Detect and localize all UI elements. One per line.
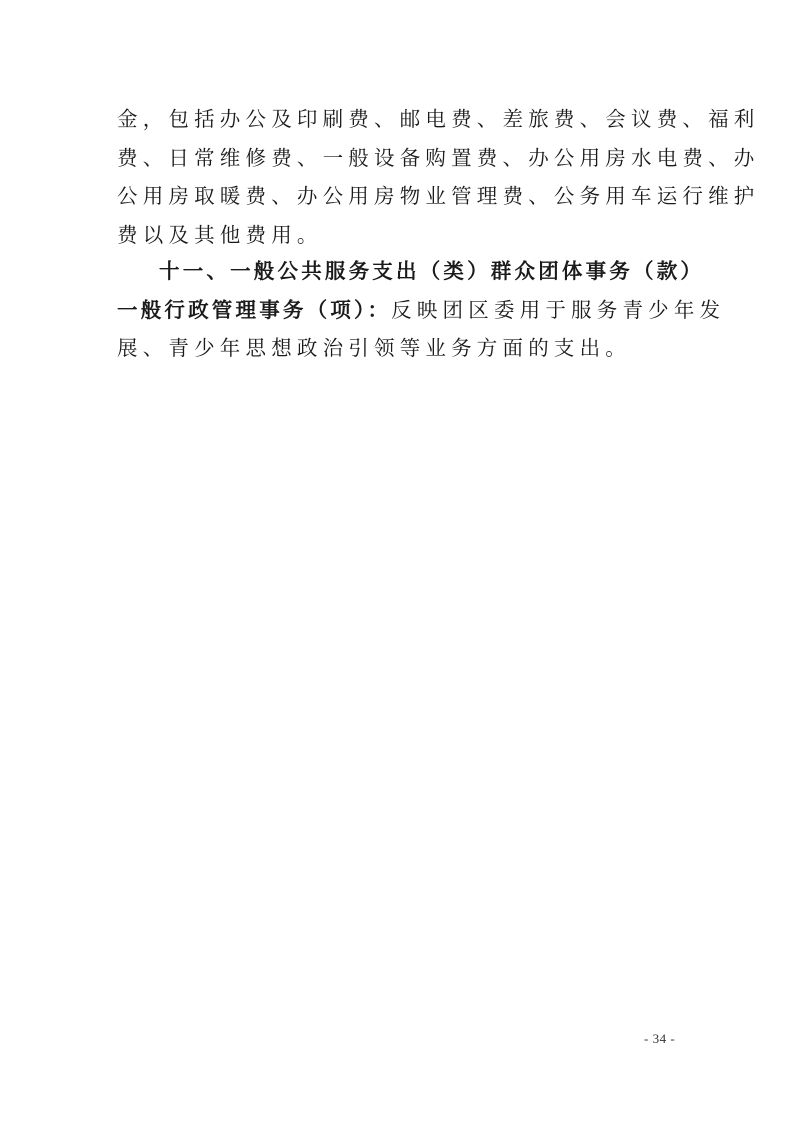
paragraph-public-expenses: 金，包括办公及印刷费、邮电费、差旅费、会议费、福利 费、日常维修费、一般设备购置… [117, 100, 677, 254]
page-number: - 34 - [644, 1031, 675, 1047]
text-line: 费、日常维修费、一般设备购置费、办公用房水电费、办 [117, 139, 677, 178]
text-line: 公用房取暖费、办公用房物业管理费、公务用车运行维护 [117, 177, 677, 216]
document-page: 金，包括办公及印刷费、邮电费、差旅费、会议费、福利 费、日常维修费、一般设备购置… [0, 0, 793, 1122]
text-line: 费以及其他费用。 [117, 216, 677, 255]
text-line: 展、青少年思想政治引领等业务方面的支出。 [117, 329, 677, 368]
text-line: 一般行政管理事务（项）：反映团区委用于服务青少年发 [117, 291, 677, 330]
section-heading: 十一、一般公共服务支出（类）群众团体事务（款） [117, 252, 677, 291]
paragraph-item-eleven: 十一、一般公共服务支出（类）群众团体事务（款） 一般行政管理事务（项）：反映团区… [117, 252, 677, 368]
section-heading-continued: 一般行政管理事务（项）： [117, 298, 391, 322]
description-text: 反映团区委用于服务青少年发 [391, 298, 725, 322]
text-line: 金，包括办公及印刷费、邮电费、差旅费、会议费、福利 [117, 100, 677, 139]
